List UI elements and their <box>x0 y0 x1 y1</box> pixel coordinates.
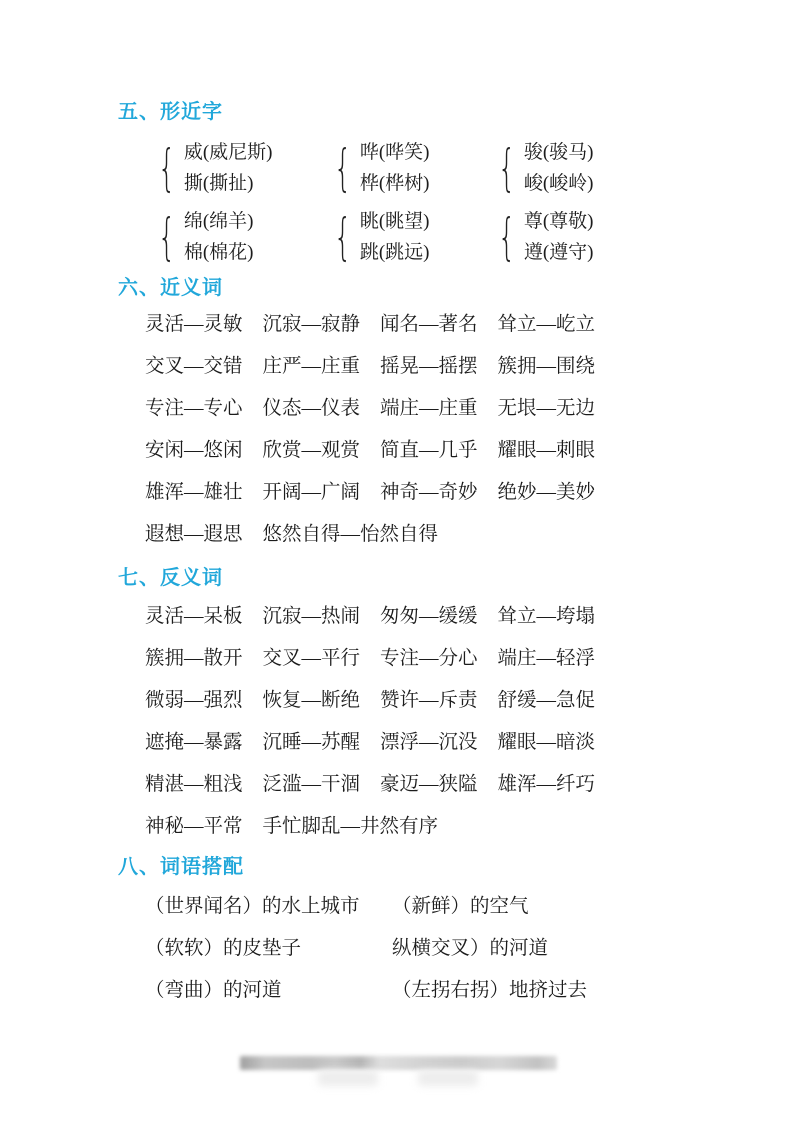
antonym-rows: 灵活—呆板 沉寂—热闹 匆匆—缓缓 耸立—垮塌 簇拥—散开 交叉—平行 专注—分… <box>145 606 595 858</box>
char-pair-top: 骏(骏马) <box>524 137 594 168</box>
antonym-pair: 交叉—平行 <box>263 648 361 670</box>
collocation-grid: （世界闻名）的水上城市 （新鲜）的空气 （软软）的皮垫子 纵横交叉）的河道 （弯… <box>145 895 587 1021</box>
collocation-item: 纵横交叉）的河道 <box>392 937 587 979</box>
section-heading-fanyici: 七、反义词 <box>118 567 223 589</box>
char-pair-top: 哗(哗笑) <box>360 137 430 168</box>
synonym-pair: 闻名—著名 <box>380 314 478 336</box>
left-brace-icon: { <box>158 206 175 268</box>
antonym-pair: 恢复—断绝 <box>263 690 361 712</box>
collocation-item: （世界闻名）的水上城市 <box>145 895 392 937</box>
synonym-pair: 摇晃—摇摆 <box>380 356 478 378</box>
synonym-pair: 欣赏—观赏 <box>263 440 361 462</box>
synonym-pair: 神奇—奇妙 <box>380 482 478 504</box>
char-pair-top: 眺(眺望) <box>360 206 430 237</box>
antonym-row: 神秘—平常 手忙脚乱—井然有序 <box>145 816 595 858</box>
char-pair-bottom: 峻(峻岭) <box>524 168 594 199</box>
collocation-item: （左拐右拐）地挤过去 <box>392 979 587 1021</box>
char-pair: { 绵(绵羊) 棉(棉花) <box>158 206 334 268</box>
synonym-row: 安闲—悠闲 欣赏—观赏 简直—几乎 耀眼—刺眼 <box>145 440 595 482</box>
antonym-pair: 遮掩—暴露 <box>145 732 243 754</box>
antonym-pair: 豪迈—狭隘 <box>380 774 478 796</box>
left-brace-icon: { <box>498 206 515 268</box>
antonym-row: 精湛—粗浅 泛滥—干涸 豪迈—狭隘 雄浑—纤巧 <box>145 774 595 816</box>
synonym-pair: 沉寂—寂静 <box>263 314 361 336</box>
section-heading-xingjinzi: 五、形近字 <box>118 101 223 123</box>
char-pair: { 尊(尊敬) 遵(遵守) <box>498 206 593 268</box>
watermark-smudge <box>418 1070 478 1086</box>
char-pair: { 骏(骏马) 峻(峻岭) <box>498 137 593 199</box>
antonym-pair: 精湛—粗浅 <box>145 774 243 796</box>
synonym-pair: 绝妙—美妙 <box>498 482 596 504</box>
synonym-pair: 耸立—屹立 <box>498 314 596 336</box>
antonym-pair: 匆匆—缓缓 <box>380 606 478 628</box>
char-pair-bottom: 撕(撕扯) <box>184 168 273 199</box>
antonym-pair: 神秘—平常 <box>145 816 243 838</box>
synonym-row: 灵活—灵敏 沉寂—寂静 闻名—著名 耸立—屹立 <box>145 314 595 356</box>
synonym-pair: 遐想—遐思 <box>145 524 243 546</box>
char-pair-bottom: 跳(跳远) <box>360 237 430 268</box>
antonym-pair: 沉寂—热闹 <box>263 606 361 628</box>
char-pair-top: 绵(绵羊) <box>184 206 254 237</box>
antonym-pair: 雄浑—纤巧 <box>498 774 596 796</box>
antonym-pair: 耀眼—暗淡 <box>498 732 596 754</box>
section-heading-jinyici: 六、近义词 <box>118 277 223 299</box>
synonym-pair: 开阔—广阔 <box>263 482 361 504</box>
left-brace-icon: { <box>334 206 351 268</box>
synonym-row: 专注—专心 仪态—仪表 端庄—庄重 无垠—无边 <box>145 398 595 440</box>
collocation-item: （软软）的皮垫子 <box>145 937 392 979</box>
char-pair-bottom: 遵(遵守) <box>524 237 594 268</box>
collocation-item: （弯曲）的河道 <box>145 979 392 1021</box>
char-pairs-grid: { 威(威尼斯) 撕(撕扯) { 哗(哗笑) 桦(桦树) { 骏(骏马) 峻(峻… <box>158 137 593 268</box>
left-brace-icon: { <box>334 137 351 199</box>
synonym-pair: 仪态—仪表 <box>263 398 361 420</box>
synonym-pair: 安闲—悠闲 <box>145 440 243 462</box>
worksheet-page: 五、形近字 { 威(威尼斯) 撕(撕扯) { 哗(哗笑) 桦(桦树) { 骏(骏… <box>0 0 793 1122</box>
synonym-row: 交叉—交错 庄严—庄重 摇晃—摇摆 簇拥—围绕 <box>145 356 595 398</box>
char-pair-top: 威(威尼斯) <box>184 137 273 168</box>
synonym-rows: 灵活—灵敏 沉寂—寂静 闻名—著名 耸立—屹立 交叉—交错 庄严—庄重 摇晃—摇… <box>145 314 595 566</box>
char-pair: { 威(威尼斯) 撕(撕扯) <box>158 137 334 199</box>
antonym-pair: 耸立—垮塌 <box>498 606 596 628</box>
antonym-pair: 灵活—呆板 <box>145 606 243 628</box>
collocation-item: （新鲜）的空气 <box>392 895 587 937</box>
antonym-pair: 沉睡—苏醒 <box>263 732 361 754</box>
synonym-pair: 专注—专心 <box>145 398 243 420</box>
synonym-pair: 端庄—庄重 <box>380 398 478 420</box>
antonym-pair: 微弱—强烈 <box>145 690 243 712</box>
synonym-pair: 庄严—庄重 <box>263 356 361 378</box>
synonym-pair: 悠然自得—怡然自得 <box>263 524 439 546</box>
synonym-pair: 耀眼—刺眼 <box>498 440 596 462</box>
left-brace-icon: { <box>498 137 515 199</box>
antonym-pair: 手忙脚乱—井然有序 <box>263 816 439 838</box>
blurred-watermark <box>240 1056 557 1070</box>
antonym-pair: 赞许—斥责 <box>380 690 478 712</box>
char-pair: { 哗(哗笑) 桦(桦树) <box>334 137 498 199</box>
watermark-smudge <box>318 1070 378 1086</box>
antonym-row: 簇拥—散开 交叉—平行 专注—分心 端庄—轻浮 <box>145 648 595 690</box>
section-heading-ciyudapei: 八、词语搭配 <box>118 856 244 878</box>
antonym-row: 灵活—呆板 沉寂—热闹 匆匆—缓缓 耸立—垮塌 <box>145 606 595 648</box>
synonym-pair: 简直—几乎 <box>380 440 478 462</box>
char-pair-bottom: 棉(棉花) <box>184 237 254 268</box>
char-pair-top: 尊(尊敬) <box>524 206 594 237</box>
char-pair-bottom: 桦(桦树) <box>360 168 430 199</box>
synonym-pair: 灵活—灵敏 <box>145 314 243 336</box>
synonym-pair: 交叉—交错 <box>145 356 243 378</box>
synonym-pair: 簇拥—围绕 <box>498 356 596 378</box>
antonym-pair: 端庄—轻浮 <box>498 648 596 670</box>
antonym-pair: 簇拥—散开 <box>145 648 243 670</box>
antonym-pair: 漂浮—沉没 <box>380 732 478 754</box>
left-brace-icon: { <box>158 137 175 199</box>
antonym-row: 遮掩—暴露 沉睡—苏醒 漂浮—沉没 耀眼—暗淡 <box>145 732 595 774</box>
char-pair: { 眺(眺望) 跳(跳远) <box>334 206 498 268</box>
antonym-row: 微弱—强烈 恢复—断绝 赞许—斥责 舒缓—急促 <box>145 690 595 732</box>
synonym-pair: 无垠—无边 <box>498 398 596 420</box>
synonym-pair: 雄浑—雄壮 <box>145 482 243 504</box>
antonym-pair: 舒缓—急促 <box>498 690 596 712</box>
synonym-row: 遐想—遐思 悠然自得—怡然自得 <box>145 524 595 566</box>
antonym-pair: 专注—分心 <box>380 648 478 670</box>
synonym-row: 雄浑—雄壮 开阔—广阔 神奇—奇妙 绝妙—美妙 <box>145 482 595 524</box>
antonym-pair: 泛滥—干涸 <box>263 774 361 796</box>
